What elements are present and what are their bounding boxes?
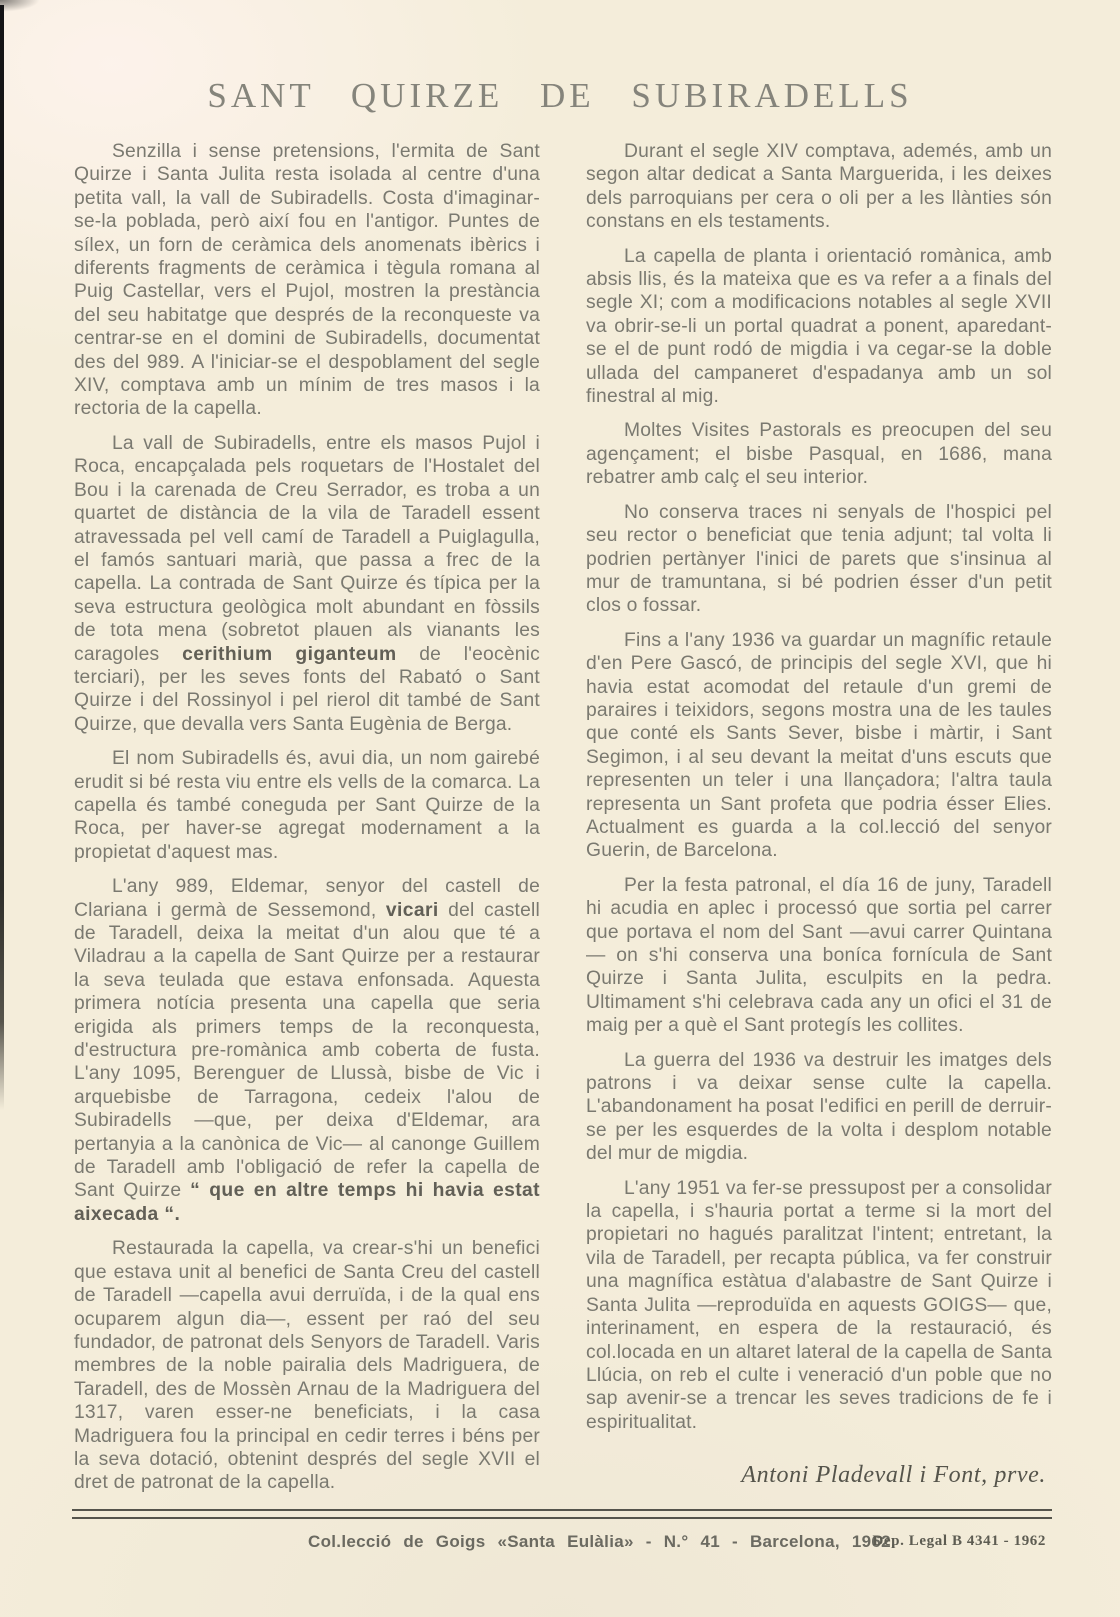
paragraph: Restaurada la capella, va crear-s'hi un … [74, 1237, 540, 1494]
paragraph: La capella de planta i orientació romàni… [586, 245, 1052, 409]
paragraph: Moltes Visites Pastorals es preocupen de… [586, 419, 1052, 489]
paragraph: Fins a l'any 1936 va guardar un magnífic… [586, 629, 1052, 863]
page-title: SANT QUIRZE DE SUBIRADELLS [0, 76, 1120, 116]
article-body: Senzilla i sense pretensions, l'ermita d… [74, 140, 1052, 1506]
left-column: Senzilla i sense pretensions, l'ermita d… [74, 140, 540, 1506]
scan-edge-artifact [0, 5, 4, 1110]
paragraph: Senzilla i sense pretensions, l'ermita d… [74, 140, 540, 421]
footer-double-rule [72, 1509, 1052, 1519]
paragraph: L'any 989, Eldemar, senyor del castell d… [74, 875, 540, 1226]
paragraph: La vall de Subiradells, entre els masos … [74, 432, 540, 736]
paragraph: Durant el segle XIV comptava, ademés, am… [586, 140, 1052, 234]
paragraph: Per la festa patronal, el día 16 de juny… [586, 874, 1052, 1038]
document-page: SANT QUIRZE DE SUBIRADELLS Senzilla i se… [0, 0, 1120, 1617]
collection-imprint: Col.lecció de Goigs «Santa Eulàlia» - N.… [308, 1532, 896, 1552]
right-column: Durant el segle XIV comptava, ademés, am… [586, 140, 1052, 1506]
paragraph: No conserva traces ni senyals de l'hospi… [586, 501, 1052, 618]
legal-deposit: Dep. Legal B 4341 - 1962 [872, 1533, 1046, 1550]
scan-smudge-artifact [0, 0, 40, 12]
paragraph: La guerra del 1936 va destruir les imatg… [586, 1049, 1052, 1166]
page-footer: Col.lecció de Goigs «Santa Eulàlia» - N.… [72, 1509, 1052, 1552]
footer-imprint-row: Col.lecció de Goigs «Santa Eulàlia» - N.… [72, 1532, 1052, 1552]
author-signature: Antoni Pladevall i Font, prve. [741, 1462, 1046, 1489]
paragraph: L'any 1951 va fer-se pressupost per a co… [586, 1177, 1052, 1434]
paragraph: El nom Subiradells és, avui dia, un nom … [74, 747, 540, 864]
